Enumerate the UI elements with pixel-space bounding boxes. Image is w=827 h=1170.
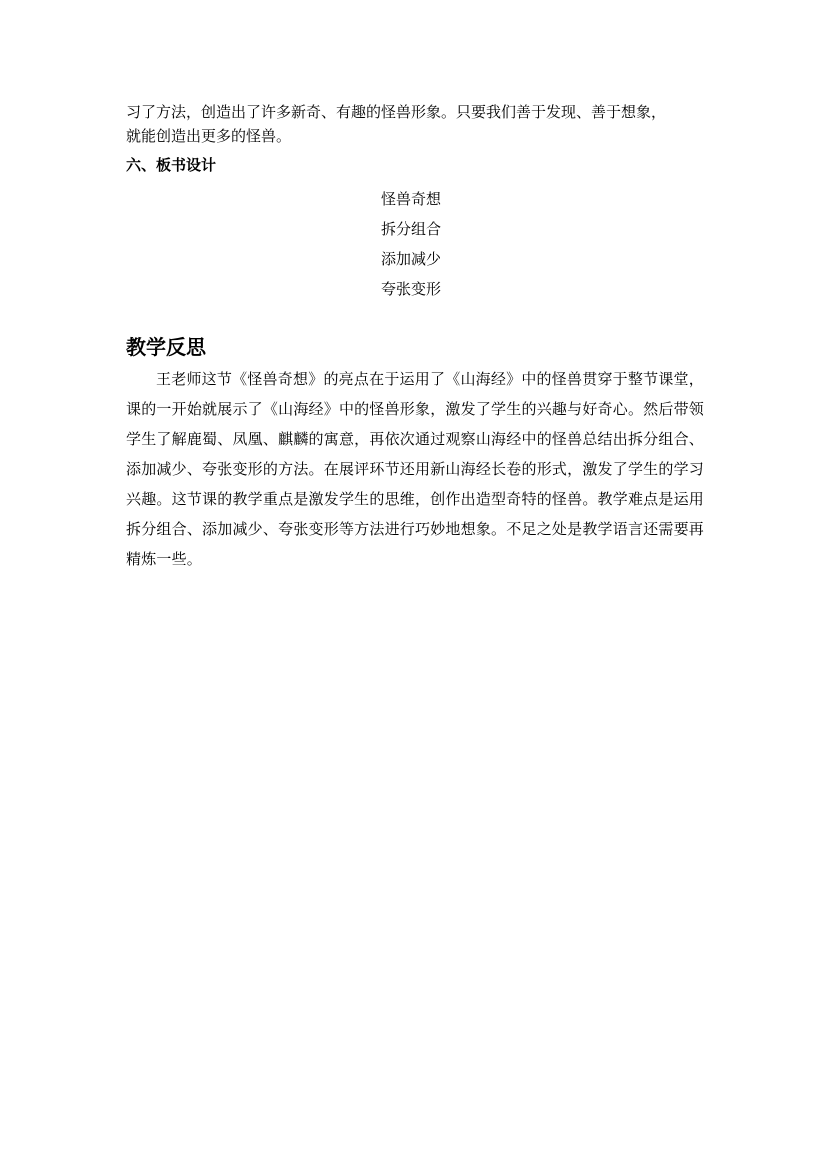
document-page: 习了方法，创造出了许多新奇、有趣的怪兽形象。只要我们善于发现、善于想象， 就能创…: [0, 0, 827, 1170]
intro-line-2: 就能创造出更多的怪兽。: [126, 126, 291, 146]
board-item: 夸张变形: [381, 274, 441, 304]
board-design-list: 怪兽奇想 拆分组合 添加减少 夸张变形: [381, 184, 441, 304]
section-heading-board-design: 六、板书设计: [126, 155, 216, 175]
board-item: 拆分组合: [381, 214, 441, 244]
intro-line-1: 习了方法，创造出了许多新奇、有趣的怪兽形象。只要我们善于发现、善于想象，: [126, 102, 666, 122]
board-item: 添加减少: [381, 244, 441, 274]
board-item: 怪兽奇想: [381, 184, 441, 214]
reflection-title: 教学反思: [126, 334, 206, 360]
reflection-paragraph: 王老师这节《怪兽奇想》的亮点在于运用了《山海经》中的怪兽贯穿于整节课堂，课的一开…: [126, 364, 704, 574]
